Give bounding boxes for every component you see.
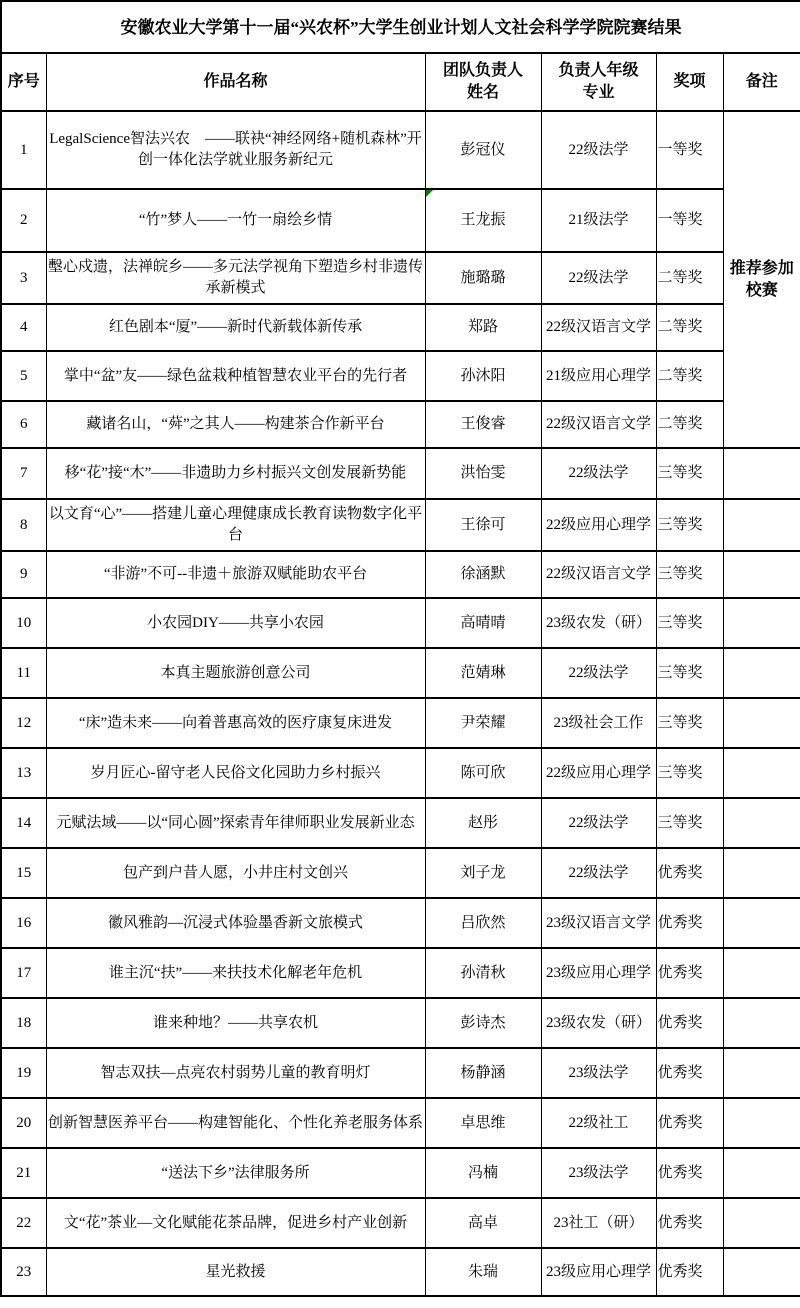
header-award: 奖项: [656, 53, 723, 111]
award-cell: 优秀奖: [656, 898, 723, 948]
major-cell: 23级应用心理学: [541, 1248, 656, 1296]
table-row: 23星光救援朱瑞23级应用心理学优秀奖: [1, 1248, 800, 1296]
cell-comment-flag-icon: [426, 190, 433, 197]
table-row: 22文“花”茶业—文化赋能花茶品牌，促进乡村产业创新高卓23社工（研）优秀奖: [1, 1198, 800, 1248]
leader-name-cell: 冯楠: [425, 1148, 541, 1198]
leader-name-cell: 徐涵默: [425, 551, 541, 598]
major-cell: 22级汉语言文学: [541, 304, 656, 351]
major-cell: 22级汉语言文学: [541, 551, 656, 598]
work-name-cell: 星光救援: [46, 1248, 425, 1296]
work-name-cell: 谁来种地？——共享农机: [46, 998, 425, 1048]
row-number-cell: 12: [1, 698, 46, 748]
work-name-cell: 包产到户昔人愿，小井庄村文创兴: [46, 848, 425, 898]
leader-name-cell: 彭诗杰: [425, 998, 541, 1048]
major-cell: 21级法学: [541, 189, 656, 252]
major-cell: 23级应用心理学: [541, 948, 656, 998]
row-number-cell: 15: [1, 848, 46, 898]
remark-empty-cell: [723, 1148, 800, 1198]
award-cell: 三等奖: [656, 698, 723, 748]
award-cell: 二等奖: [656, 252, 723, 304]
leader-name-cell: 杨静涵: [425, 1048, 541, 1098]
table-row: 14元赋法域——以“同心圆”探索青年律师职业发展新业态赵彤22级法学三等奖: [1, 798, 800, 848]
leader-name-cell: 陈可欣: [425, 748, 541, 798]
award-cell: 三等奖: [656, 551, 723, 598]
leader-name-cell: 王徐可: [425, 499, 541, 551]
table-row: 3墼心戍遗，法禅皖乡——多元法学视角下塑造乡村非遗传承新模式施璐璐22级法学二等…: [1, 252, 800, 304]
leader-name-cell: 高晴晴: [425, 598, 541, 648]
remark-empty-cell: [723, 798, 800, 848]
award-cell: 一等奖: [656, 189, 723, 252]
work-name-cell: 智志双扶—点亮农村弱势儿童的教育明灯: [46, 1048, 425, 1098]
row-number-cell: 17: [1, 948, 46, 998]
remark-empty-cell: [723, 948, 800, 998]
row-number-cell: 23: [1, 1248, 46, 1296]
work-name-cell: “床”造未来——向着普惠高效的医疗康复床进发: [46, 698, 425, 748]
row-number-cell: 18: [1, 998, 46, 1048]
major-cell: 22级法学: [541, 798, 656, 848]
work-name-cell: 以文育“心”——搭建儿童心理健康成长教育读物数字化平台: [46, 499, 425, 551]
work-name-cell: 小农园DIY——共享小农园: [46, 598, 425, 648]
award-cell: 一等奖: [656, 111, 723, 189]
award-cell: 优秀奖: [656, 1048, 723, 1098]
table-title-row: 安徽农业大学第十一届“兴农杯”大学生创业计划人文社会科学学院院赛结果: [1, 1, 800, 53]
major-cell: 23级法学: [541, 1048, 656, 1098]
row-number-cell: 6: [1, 401, 46, 448]
row-number-cell: 2: [1, 189, 46, 252]
leader-name-cell: 刘子龙: [425, 848, 541, 898]
row-number-cell: 1: [1, 111, 46, 189]
row-number-cell: 20: [1, 1098, 46, 1148]
remark-empty-cell: [723, 1048, 800, 1098]
row-number-cell: 22: [1, 1198, 46, 1248]
table-header-row: 序号 作品名称 团队负责人 姓名 负责人年级 专业 奖项 备注: [1, 53, 800, 111]
leader-name-cell: 赵彤: [425, 798, 541, 848]
work-name-cell: 元赋法域——以“同心圆”探索青年律师职业发展新业态: [46, 798, 425, 848]
row-number-cell: 21: [1, 1148, 46, 1198]
table-row: 6藏诸名山，“荈”之其人——构建茶合作新平台王俊睿22级汉语言文学二等奖: [1, 401, 800, 448]
work-name-cell: 藏诸名山，“荈”之其人——构建茶合作新平台: [46, 401, 425, 448]
work-name-cell: 徽风雅韵—沉浸式体验墨香新文旅模式: [46, 898, 425, 948]
table-row: 18谁来种地？——共享农机彭诗杰23级农发（研）优秀奖: [1, 998, 800, 1048]
table-row: 11本真主题旅游创意公司范婧琳22级法学三等奖: [1, 648, 800, 698]
table-row: 4红色剧本“厦”——新时代新载体新传承郑路22级汉语言文学二等奖: [1, 304, 800, 351]
table-row: 10小农园DIY——共享小农园高晴晴23级农发（研）三等奖: [1, 598, 800, 648]
major-cell: 23社工（研）: [541, 1198, 656, 1248]
major-cell: 22级法学: [541, 848, 656, 898]
row-number-cell: 4: [1, 304, 46, 351]
work-name-cell: LegalScience智法兴农 ——联袂“神经网络+随机森林”开创一体化法学就…: [46, 111, 425, 189]
award-cell: 三等奖: [656, 499, 723, 551]
work-name-cell: 掌中“盆”友——绿色盆栽种植智慧农业平台的先行者: [46, 351, 425, 401]
page-title: 安徽农业大学第十一届“兴农杯”大学生创业计划人文社会科学学院院赛结果: [1, 1, 800, 53]
leader-name-cell: 朱瑞: [425, 1248, 541, 1296]
award-cell: 三等奖: [656, 648, 723, 698]
leader-name-cell: 王俊睿: [425, 401, 541, 448]
table-row: 7移“花”接“木”——非遗助力乡村振兴文创发展新势能洪怡雯22级法学三等奖: [1, 448, 800, 499]
major-cell: 23级法学: [541, 1148, 656, 1198]
major-cell: 22级法学: [541, 111, 656, 189]
work-name-cell: “非游”不可--非遗＋旅游双赋能助农平台: [46, 551, 425, 598]
award-cell: 优秀奖: [656, 848, 723, 898]
work-name-cell: “竹”梦人——一竹一扇绘乡情: [46, 189, 425, 252]
award-cell: 优秀奖: [656, 998, 723, 1048]
leader-name-cell: 卓思维: [425, 1098, 541, 1148]
table-row: 17谁主沉“扶”——来扶技术化解老年危机孙清秋23级应用心理学优秀奖: [1, 948, 800, 998]
row-number-cell: 16: [1, 898, 46, 948]
leader-name-cell: 洪怡雯: [425, 448, 541, 499]
remark-empty-cell: [723, 648, 800, 698]
row-number-cell: 5: [1, 351, 46, 401]
remark-empty-cell: [723, 499, 800, 551]
work-name-cell: 移“花”接“木”——非遗助力乡村振兴文创发展新势能: [46, 448, 425, 499]
work-name-cell: 本真主题旅游创意公司: [46, 648, 425, 698]
work-name-cell: 创新智慧医养平台——构建智能化、个性化养老服务体系: [46, 1098, 425, 1148]
work-name-cell: “送法下乡”法律服务所: [46, 1148, 425, 1198]
header-remark: 备注: [723, 53, 800, 111]
leader-name-cell: 彭冠仪: [425, 111, 541, 189]
header-index: 序号: [1, 53, 46, 111]
award-cell: 三等奖: [656, 598, 723, 648]
award-cell: 优秀奖: [656, 1248, 723, 1296]
table-row: 16徽风雅韵—沉浸式体验墨香新文旅模式吕欣然23级汉语言文学优秀奖: [1, 898, 800, 948]
work-name-cell: 红色剧本“厦”——新时代新载体新传承: [46, 304, 425, 351]
table-row: 19智志双扶—点亮农村弱势儿童的教育明灯杨静涵23级法学优秀奖: [1, 1048, 800, 1098]
leader-name-cell: 孙清秋: [425, 948, 541, 998]
award-cell: 三等奖: [656, 748, 723, 798]
award-cell: 二等奖: [656, 304, 723, 351]
row-number-cell: 14: [1, 798, 46, 848]
leader-name-cell: 吕欣然: [425, 898, 541, 948]
table-row: 2“竹”梦人——一竹一扇绘乡情王龙振21级法学一等奖: [1, 189, 800, 252]
remark-merged-cell: 推荐参加校赛: [723, 111, 800, 448]
major-cell: 23级农发（研）: [541, 998, 656, 1048]
work-name-cell: 谁主沉“扶”——来扶技术化解老年危机: [46, 948, 425, 998]
table-row: 13岁月匠心-留守老人民俗文化园助力乡村振兴陈可欣22级应用心理学三等奖: [1, 748, 800, 798]
award-cell: 优秀奖: [656, 1098, 723, 1148]
leader-name-cell: 施璐璐: [425, 252, 541, 304]
award-cell: 优秀奖: [656, 1148, 723, 1198]
table-row: 12“床”造未来——向着普惠高效的医疗康复床进发尹荣耀23级社会工作三等奖: [1, 698, 800, 748]
row-number-cell: 19: [1, 1048, 46, 1098]
leader-name-cell: 尹荣耀: [425, 698, 541, 748]
award-cell: 优秀奖: [656, 948, 723, 998]
remark-empty-cell: [723, 898, 800, 948]
remark-empty-cell: [723, 448, 800, 499]
remark-empty-cell: [723, 551, 800, 598]
major-cell: 22级汉语言文学: [541, 401, 656, 448]
major-cell: 22级应用心理学: [541, 748, 656, 798]
remark-empty-cell: [723, 848, 800, 898]
row-number-cell: 13: [1, 748, 46, 798]
remark-empty-cell: [723, 598, 800, 648]
row-number-cell: 9: [1, 551, 46, 598]
remark-empty-cell: [723, 1098, 800, 1148]
table-row: 8以文育“心”——搭建儿童心理健康成长教育读物数字化平台王徐可22级应用心理学三…: [1, 499, 800, 551]
leader-name-cell: 范婧琳: [425, 648, 541, 698]
header-name: 作品名称: [46, 53, 425, 111]
table-row: 9“非游”不可--非遗＋旅游双赋能助农平台徐涵默22级汉语言文学三等奖: [1, 551, 800, 598]
work-name-cell: 墼心戍遗，法禅皖乡——多元法学视角下塑造乡村非遗传承新模式: [46, 252, 425, 304]
header-leader: 团队负责人 姓名: [425, 53, 541, 111]
row-number-cell: 8: [1, 499, 46, 551]
leader-name-cell: 孙沐阳: [425, 351, 541, 401]
results-table: 安徽农业大学第十一届“兴农杯”大学生创业计划人文社会科学学院院赛结果 序号 作品…: [0, 0, 800, 1297]
remark-empty-cell: [723, 998, 800, 1048]
remark-empty-cell: [723, 1248, 800, 1296]
major-cell: 23级汉语言文学: [541, 898, 656, 948]
major-cell: 21级应用心理学: [541, 351, 656, 401]
major-cell: 22级社工: [541, 1098, 656, 1148]
row-number-cell: 11: [1, 648, 46, 698]
major-cell: 22级应用心理学: [541, 499, 656, 551]
row-number-cell: 7: [1, 448, 46, 499]
row-number-cell: 3: [1, 252, 46, 304]
award-cell: 二等奖: [656, 351, 723, 401]
table-row: 21“送法下乡”法律服务所冯楠23级法学优秀奖: [1, 1148, 800, 1198]
table-row: 20创新智慧医养平台——构建智能化、个性化养老服务体系卓思维22级社工优秀奖: [1, 1098, 800, 1148]
leader-name-cell: 王龙振: [425, 189, 541, 252]
major-cell: 22级法学: [541, 448, 656, 499]
major-cell: 23级农发（研）: [541, 598, 656, 648]
leader-name-cell: 高卓: [425, 1198, 541, 1248]
table-row: 1LegalScience智法兴农 ——联袂“神经网络+随机森林”开创一体化法学…: [1, 111, 800, 189]
award-cell: 三等奖: [656, 448, 723, 499]
work-name-cell: 文“花”茶业—文化赋能花茶品牌，促进乡村产业创新: [46, 1198, 425, 1248]
table-row: 5掌中“盆”友——绿色盆栽种植智慧农业平台的先行者孙沐阳21级应用心理学二等奖: [1, 351, 800, 401]
award-cell: 二等奖: [656, 401, 723, 448]
award-cell: 优秀奖: [656, 1198, 723, 1248]
remark-empty-cell: [723, 1198, 800, 1248]
remark-empty-cell: [723, 698, 800, 748]
row-number-cell: 10: [1, 598, 46, 648]
major-cell: 22级法学: [541, 252, 656, 304]
remark-empty-cell: [723, 748, 800, 798]
work-name-cell: 岁月匠心-留守老人民俗文化园助力乡村振兴: [46, 748, 425, 798]
leader-name-cell: 郑路: [425, 304, 541, 351]
award-cell: 三等奖: [656, 798, 723, 848]
major-cell: 23级社会工作: [541, 698, 656, 748]
major-cell: 22级法学: [541, 648, 656, 698]
header-major: 负责人年级 专业: [541, 53, 656, 111]
table-row: 15包产到户昔人愿，小井庄村文创兴刘子龙22级法学优秀奖: [1, 848, 800, 898]
